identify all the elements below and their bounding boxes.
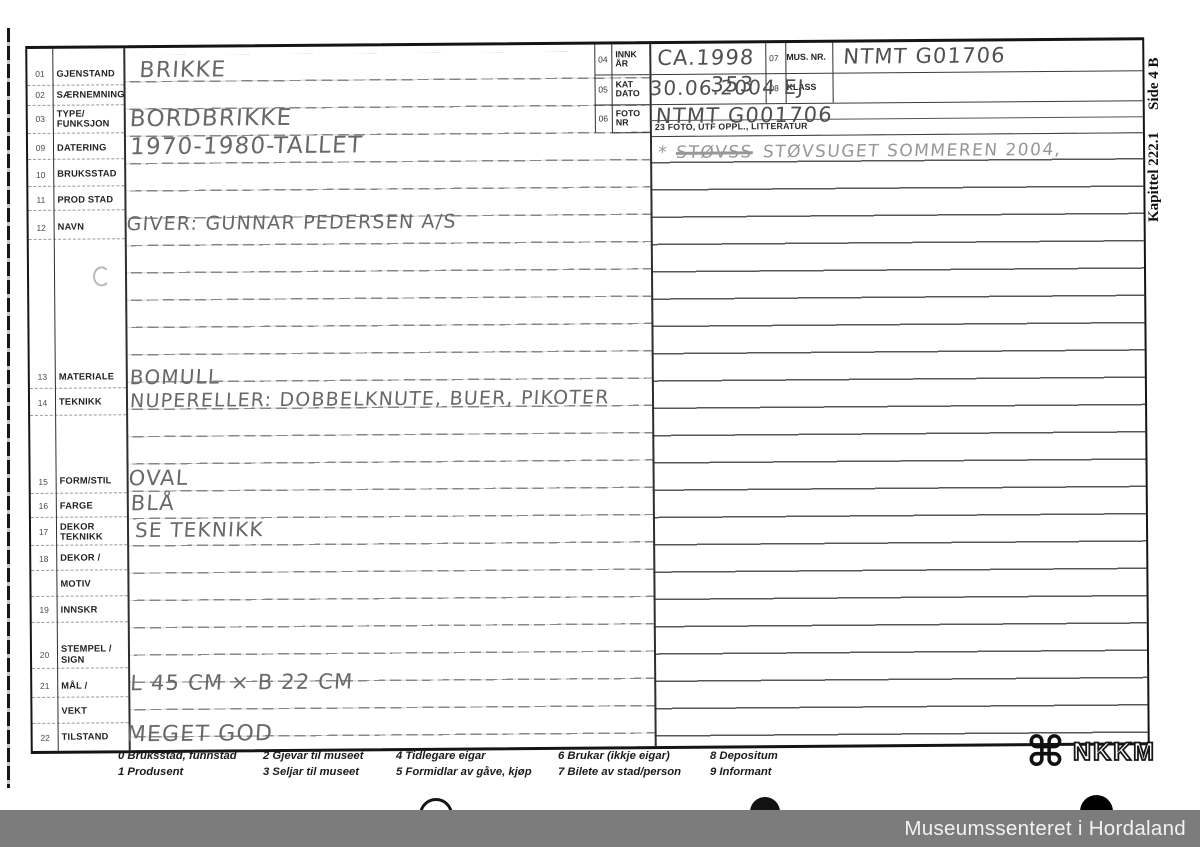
field-number: 21 <box>32 681 57 691</box>
looped-square-icon: ⌘ <box>1026 731 1065 773</box>
chapter-label: Kapittel 222.1 <box>1146 132 1162 222</box>
legend-column: 8 Depositum 9 Informant <box>710 749 778 780</box>
field-label: FORM/STIL <box>56 476 124 487</box>
field-label: DEKOR / <box>56 552 124 563</box>
note-marker: * <box>657 143 669 163</box>
handwritten-note: *STØVSSSTØVSUGET SOMMEREN 2004, <box>657 140 1062 163</box>
handwritten-navn: GIVER: GUNNAR PEDERSEN A/S <box>126 213 457 235</box>
page-label: Side 4 B <box>1146 57 1162 110</box>
pencil-mark-artifact <box>93 266 110 286</box>
legend-column: 0 Bruksstad, funnstad 1 Produsent <box>118 749 237 780</box>
handwritten-mus-nr: NTMT G01706 <box>843 45 1007 67</box>
field-row-stempel-sign: 20 STEMPEL / SIGN <box>32 640 128 669</box>
field-row-datering: 09 DATERING <box>28 136 124 160</box>
field-label: TYPE/ FUNKSJON <box>53 108 121 130</box>
field-label: FARGE <box>56 500 124 511</box>
field-number: 02 <box>28 90 53 100</box>
field-row-innskr: 19 INNSKR <box>32 597 128 623</box>
handwritten-farge: BLÅ <box>130 493 175 514</box>
nkkm-logo: ⌘ NKKM <box>1026 731 1156 773</box>
scan-edge-line <box>7 28 10 788</box>
watermark-text: Museumssenteret i Hordaland <box>904 817 1186 841</box>
handwritten-materiale: BOMULL <box>129 366 221 387</box>
field-row-mus-nr: 07 MUS. NR. <box>765 43 830 74</box>
field-row-motiv: MOTIV <box>31 571 127 597</box>
field-number: 03 <box>28 114 53 124</box>
legend-item: 5 Formidlar av gåve, kjøp <box>396 765 532 781</box>
field-row-tilstand: 22 TILSTAND <box>33 725 129 749</box>
handwritten-teknikk: NUPERELLER: DOBBELKNUTE, BUER, PIKOTER <box>129 388 610 411</box>
watermark-bar: Museumssenteret i Hordaland <box>0 810 1200 847</box>
field-number: 13 <box>30 372 55 382</box>
legend-item: 0 Bruksstad, funnstad <box>118 749 237 765</box>
field-number: 19 <box>32 605 57 615</box>
field-number: 22 <box>33 732 58 742</box>
legend-column: 6 Brukar (ikkje eigar) 7 Bilete av stad/… <box>558 749 681 780</box>
field-label: INNK ÅR <box>611 50 651 69</box>
field-label: VEKT <box>57 705 125 716</box>
handwritten-tilstand: MEGET GOD <box>126 723 274 746</box>
section-23-label: 23 FOTO, UTF OPPL., LITTERATUR <box>655 121 808 132</box>
field-label: TILSTAND <box>58 731 126 742</box>
legend-item: 6 Brukar (ikkje eigar) <box>558 749 681 765</box>
field-number: 16 <box>31 501 56 511</box>
field-row-prod-stad: 11 PROD STAD <box>28 189 124 211</box>
legend-item: 7 Bilete av stad/person <box>558 765 681 781</box>
field-number: 15 <box>31 476 56 486</box>
handwritten-dekor-teknikk: SE TEKNIKK <box>134 519 264 540</box>
field-label: DATERING <box>53 142 121 153</box>
field-row-teknikk: 14 TEKNIKK <box>30 389 126 416</box>
legend-item: 2 Gjevar til museet <box>263 749 363 765</box>
field-row-navn: 12 NAVN <box>29 215 125 240</box>
field-label: STEMPEL / SIGN <box>57 643 125 665</box>
handwritten-form-stil: OVAL <box>128 468 189 489</box>
scanned-museum-catalog-card: 01 GJENSTAND 02 SÆRNEMNING 03 TYPE/ FUNK… <box>0 0 1200 847</box>
field-row-innk-aar: 04 INNK ÅR <box>594 44 651 74</box>
handwritten-type-funksjon: BORDBRIKKE <box>129 107 293 131</box>
field-label: TEKNIKK <box>55 397 123 408</box>
field-label: GJENSTAND <box>52 68 120 79</box>
field-label: NAVN <box>54 222 122 233</box>
legend-item: 4 Tidlegare eigar <box>396 749 532 765</box>
field-label: MATERIALE <box>55 371 123 382</box>
field-row-farge: 16 FARGE <box>31 494 127 518</box>
field-row-gjenstand: 01 GJENSTAND <box>27 62 123 86</box>
side-label: Kapittel 222.1Side 4 B <box>1146 22 1163 222</box>
nkkm-logo-text: NKKM <box>1073 738 1156 767</box>
field-row-dekor-teknikk: 17 DEKOR TEKNIKK <box>31 518 127 546</box>
field-number: 12 <box>29 222 54 232</box>
field-number: 01 <box>27 69 52 79</box>
field-label: INNSKR <box>57 604 125 615</box>
legend-item: 8 Depositum <box>710 749 778 765</box>
field-label: SÆRNEMNING <box>53 89 121 100</box>
field-number: 04 <box>594 54 611 64</box>
field-row-bruksstad: 10 BRUKSSTAD <box>28 162 124 187</box>
field-row-saernemning: 02 SÆRNEMNING <box>28 84 124 106</box>
field-label: MÅL / <box>57 680 125 691</box>
legend-item: 9 Informant <box>710 765 778 781</box>
note-text: STØVSUGET SOMMEREN 2004, <box>762 140 1062 162</box>
field-label: PROD STAD <box>53 194 121 205</box>
handwritten-maal: L 45 CM × B 22 CM <box>130 671 354 694</box>
note-struck-word: STØVSS <box>675 142 753 163</box>
legend-item: 1 Produsent <box>118 765 237 781</box>
field-number: 10 <box>28 169 53 179</box>
field-number: 09 <box>28 143 53 153</box>
field-number: 07 <box>765 53 782 63</box>
legend-column: 4 Tidlegare eigar 5 Formidlar av gåve, k… <box>396 749 532 780</box>
field-number: 20 <box>32 649 57 659</box>
field-row-type-funksjon: 03 TYPE/ FUNKSJON <box>28 104 124 134</box>
field-number: 17 <box>31 527 56 537</box>
handwritten-datering: 1970-1980-TALLET <box>129 134 363 159</box>
ruled-lines-right <box>650 132 1148 744</box>
field-number: 14 <box>30 397 55 407</box>
field-label: KAT DATO <box>612 80 652 99</box>
handwritten-innk-aar: CA.1998 <box>657 47 755 69</box>
field-label: DEKOR TEKNIKK <box>56 521 124 543</box>
handwritten-klass: 353 <box>710 74 755 95</box>
field-row-form-stil: 15 FORM/STIL <box>31 469 127 494</box>
legend-column: 2 Gjevar til museet 3 Seljar til museet <box>263 749 363 780</box>
field-label: BRUKSSTAD <box>53 169 121 180</box>
field-label: MUS. NR. <box>782 53 830 63</box>
field-row-dekor: 18 DEKOR / <box>31 546 127 571</box>
field-row-kat-dato: 05 KAT DATO <box>594 74 651 104</box>
field-label: MOTIV <box>56 578 124 589</box>
field-row-vekt: VEKT <box>32 699 128 724</box>
field-number: 18 <box>31 553 56 563</box>
handwritten-gjenstand: BRIKKE <box>139 59 227 82</box>
field-number: 05 <box>595 84 612 94</box>
field-number: 11 <box>28 195 53 205</box>
legend-item: 3 Seljar til museet <box>263 765 363 781</box>
field-row-foto-nr: 06 FOTO NR <box>595 104 652 132</box>
field-row-maal: 21 MÅL / <box>32 674 128 698</box>
field-number: 06 <box>595 113 612 123</box>
catalog-card: 01 GJENSTAND 02 SÆRNEMNING 03 TYPE/ FUNK… <box>25 37 1150 754</box>
field-row-materiale: 13 MATERIALE <box>30 365 126 389</box>
field-label: FOTO NR <box>612 109 652 128</box>
